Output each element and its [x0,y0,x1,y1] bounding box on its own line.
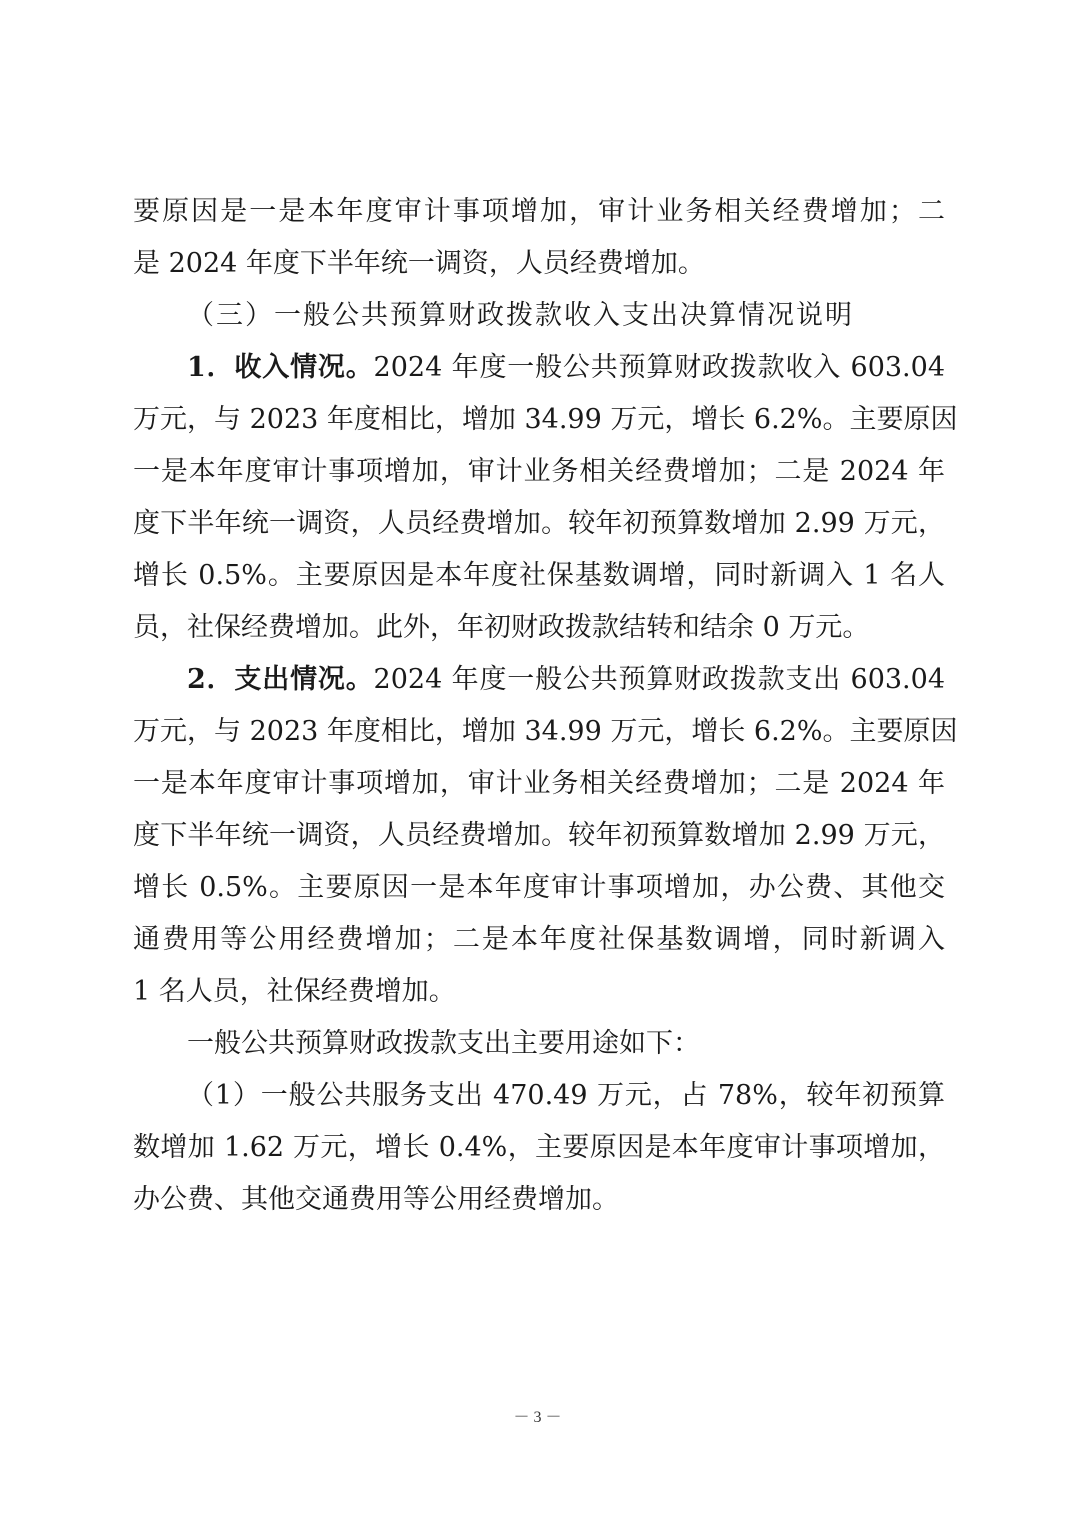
text-line: （1）一般公共服务支出 470.49 万元，占 78%，较年初预算 [133,1070,945,1122]
text-line: 度下半年统一调资，人员经费增加。较年初预算数增加 2.99 万元， [133,498,945,550]
text-line: 数增加 1.62 万元，增长 0.4%，主要原因是本年度审计事项增加， [133,1122,945,1174]
paragraph-usage-intro: 一般公共预算财政拨款支出主要用途如下： [133,1018,945,1070]
document-page: 要原因是一是本年度审计事项增加，审计业务相关经费增加；二 是 2024 年度下半… [133,186,945,1226]
paragraph-carryover: 要原因是一是本年度审计事项增加，审计业务相关经费增加；二 是 2024 年度下半… [133,186,945,290]
text-line: 员，社保经费增加。此外，年初财政拨款结转和结余 0 万元。 [133,602,945,654]
expenditure-heading: 2．支出情况。 [187,664,374,695]
text-line: 增长 0.5%。主要原因是本年度社保基数调增，同时新调入 1 名人 [133,550,945,602]
text-line: 办公费、其他交通费用等公用经费增加。 [133,1174,945,1226]
text-line: 是 2024 年度下半年统一调资，人员经费增加。 [133,238,945,290]
paragraph-usage-item-1: （1）一般公共服务支出 470.49 万元，占 78%，较年初预算 数增加 1.… [133,1070,945,1226]
text-line: 1 名人员，社保经费增加。 [133,966,945,1018]
paragraph-income: 1．收入情况。2024 年度一般公共预算财政拨款收入 603.04 万元，与 2… [133,342,945,654]
page-number: － 3 － [0,1404,1075,1427]
text-line: 一是本年度审计事项增加，审计业务相关经费增加；二是 2024 年 [133,758,945,810]
text-run: 2024 年度一般公共预算财政拨款收入 603.04 [374,352,945,383]
text-line: 度下半年统一调资，人员经费增加。较年初预算数增加 2.99 万元， [133,810,945,862]
text-line: 要原因是一是本年度审计事项增加，审计业务相关经费增加；二 [133,186,945,238]
income-heading: 1．收入情况。 [187,352,374,383]
paragraph-expenditure: 2．支出情况。2024 年度一般公共预算财政拨款支出 603.04 万元，与 2… [133,654,945,1018]
text-line: 一是本年度审计事项增加，审计业务相关经费增加；二是 2024 年 [133,446,945,498]
text-run: 2024 年度一般公共预算财政拨款支出 603.04 [374,664,945,695]
text-line: 万元，与 2023 年度相比，增加 34.99 万元，增长 6.2%。主要原因 [133,706,945,758]
text-line: 万元，与 2023 年度相比，增加 34.99 万元，增长 6.2%。主要原因 [133,394,945,446]
text-line: 2．支出情况。2024 年度一般公共预算财政拨款支出 603.04 [133,654,945,706]
text-line: 增长 0.5%。主要原因一是本年度审计事项增加，办公费、其他交 [133,862,945,914]
section-heading: （三）一般公共预算财政拨款收入支出决算情况说明 [133,290,945,342]
text-line: 1．收入情况。2024 年度一般公共预算财政拨款收入 603.04 [133,342,945,394]
text-line: 通费用等公用经费增加；二是本年度社保基数调增，同时新调入 [133,914,945,966]
